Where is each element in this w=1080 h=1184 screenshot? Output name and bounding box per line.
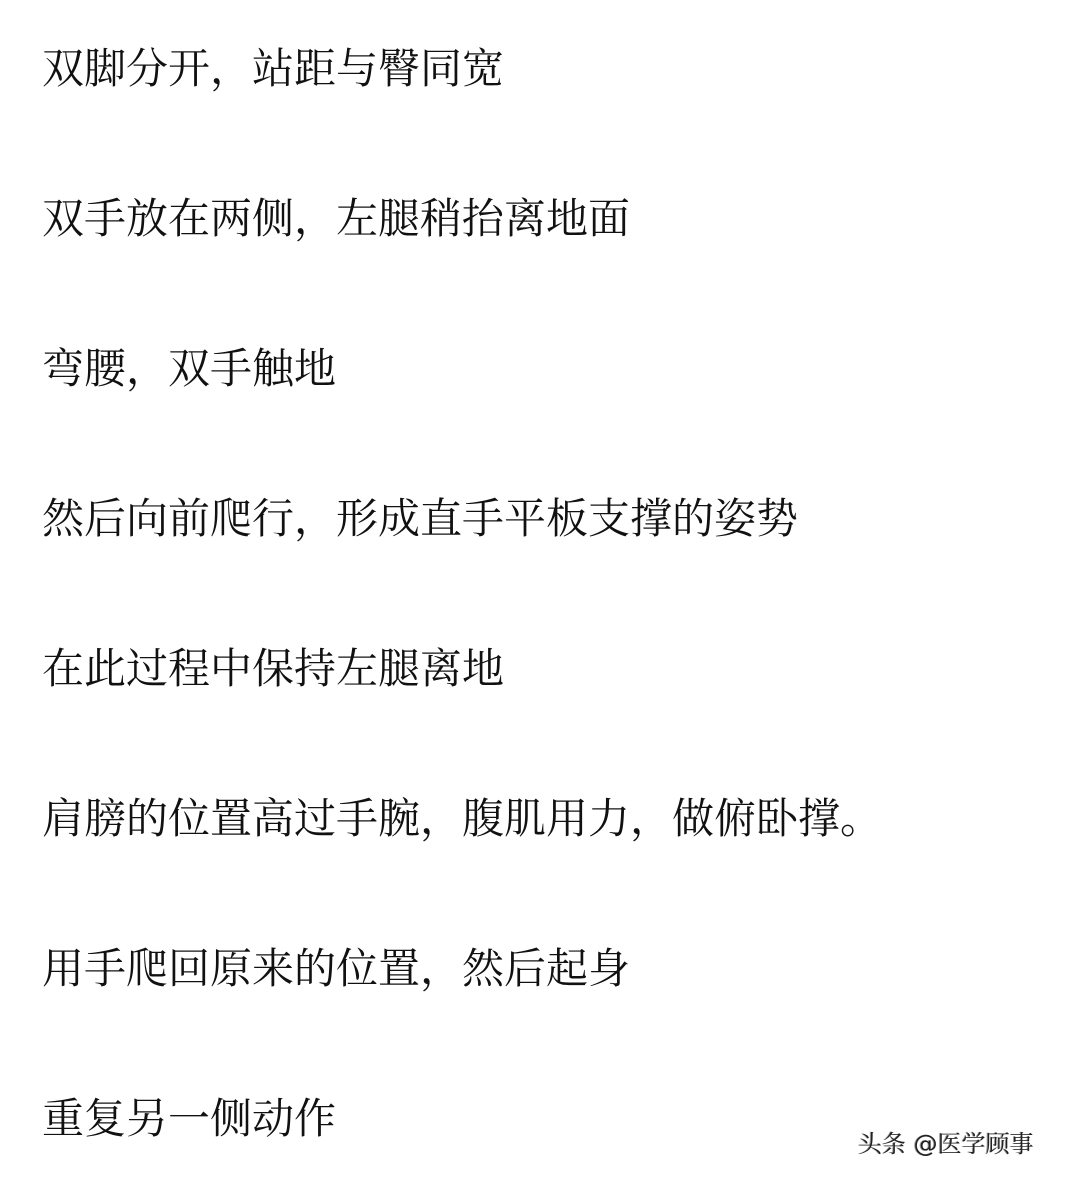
instruction-line-1: 双脚分开，站距与臀同宽: [42, 44, 504, 94]
instruction-line-8: 重复另一侧动作: [42, 1094, 336, 1144]
instruction-line-7: 用手爬回原来的位置，然后起身: [42, 944, 630, 994]
instruction-line-3: 弯腰，双手触地: [42, 344, 336, 394]
instruction-line-5: 在此过程中保持左腿离地: [42, 644, 504, 694]
instruction-line-2: 双手放在两侧，左腿稍抬离地面: [42, 194, 630, 244]
watermark: 头条 @医学顾事: [858, 1126, 1034, 1162]
instruction-line-4: 然后向前爬行，形成直手平板支撑的姿势: [42, 494, 798, 544]
instruction-line-6: 肩膀的位置高过手腕，腹肌用力，做俯卧撑。: [42, 794, 882, 844]
